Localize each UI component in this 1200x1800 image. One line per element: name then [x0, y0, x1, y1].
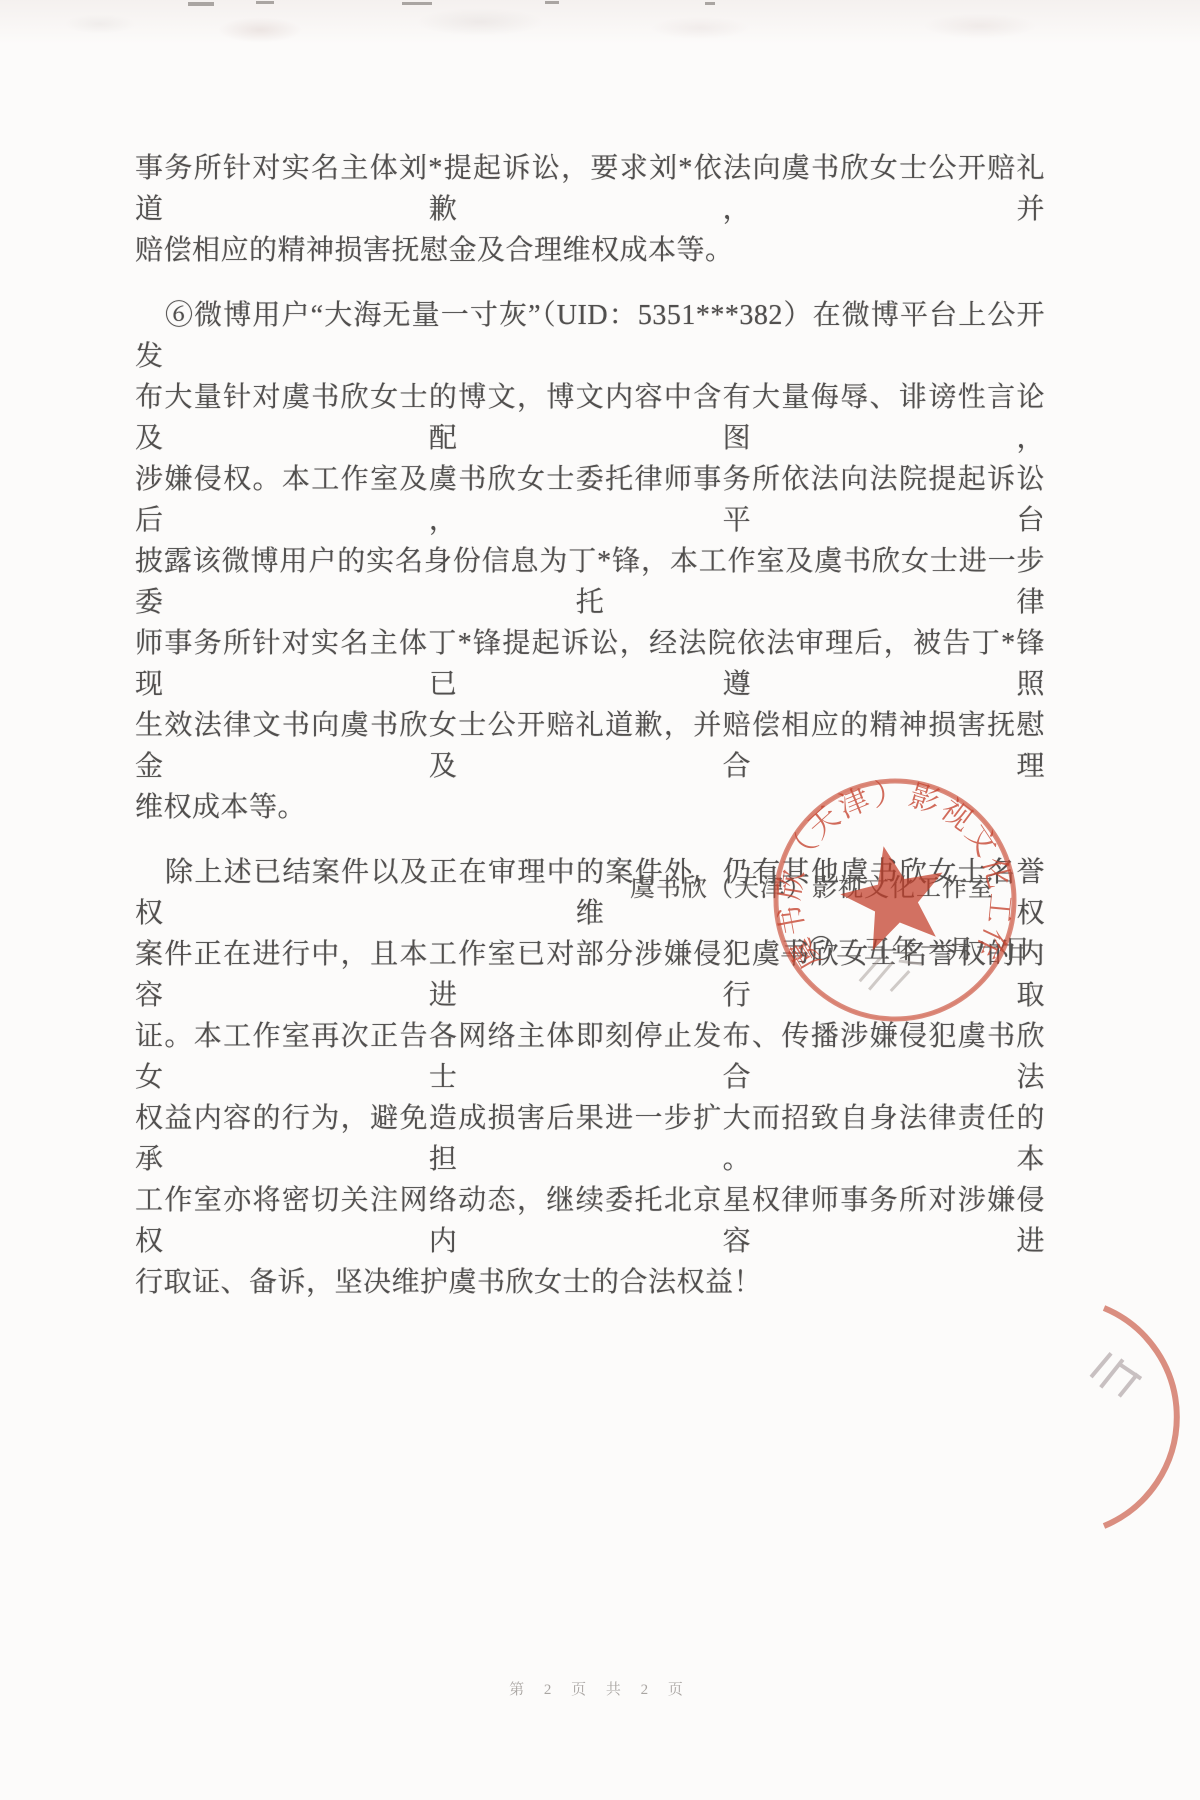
- scan-speck: [545, 1, 559, 4]
- scan-artifact-top-band: [0, 0, 1200, 52]
- illegible-marks: [855, 942, 926, 1002]
- doc-line: 师事务所针对实名主体丁*锋提起诉讼，经法院依法审理后，被告丁*锋现已遵照: [135, 623, 1045, 705]
- scan-speck: [705, 2, 715, 5]
- scan-speck: [256, 1, 274, 4]
- paragraph: ⑥微博用户“大海无量一寸灰”（UID：5351***382）在微博平台上公开发 …: [135, 295, 1045, 828]
- doc-line: 布大量针对虞书欣女士的博文，博文内容中含有大量侮辱、诽谤性言论及配图，: [135, 377, 1045, 459]
- paragraph: 事务所针对实名主体刘*提起诉讼，要求刘*依法向虞书欣女士公开赔礼道歉，并 赔偿相…: [135, 148, 1045, 271]
- doc-line: 披露该微博用户的实名身份信息为丁*锋，本工作室及虞书欣女士进一步委托律: [135, 541, 1045, 623]
- doc-line: 行取证、备诉，坚决维护虞书欣女士的合法权益！: [135, 1262, 1045, 1303]
- partial-stamp: [1040, 1295, 1190, 1540]
- doc-line: 赔偿相应的精神损害抚慰金及合理维权成本等。: [135, 230, 1045, 271]
- doc-line: 事务所针对实名主体刘*提起诉讼，要求刘*依法向虞书欣女士公开赔礼道歉，并: [135, 148, 1045, 230]
- partial-stamp-arc: [1104, 1308, 1177, 1526]
- illegible-marks: [1086, 1348, 1142, 1404]
- doc-line: ⑥微博用户“大海无量一寸灰”（UID：5351***382）在微博平台上公开发: [135, 295, 1045, 377]
- scanned-document-page: 事务所针对实名主体刘*提起诉讼，要求刘*依法向虞书欣女士公开赔礼道歉，并 赔偿相…: [0, 0, 1200, 1800]
- document-body: 事务所针对实名主体刘*提起诉讼，要求刘*依法向虞书欣女士公开赔礼道歉，并 赔偿相…: [135, 148, 1045, 1327]
- scan-speck: [402, 2, 432, 5]
- scan-speck: [188, 2, 214, 6]
- official-stamp: 虞书欣（天津）影视文化工作室: [765, 772, 1031, 1034]
- doc-line: 涉嫌侵权。本工作室及虞书欣女士委托律师事务所依法向法院提起诉讼后，平台: [135, 459, 1045, 541]
- page-footer: 第 2 页 共 2 页: [0, 1678, 1200, 1699]
- stamp-star-icon: [832, 835, 955, 954]
- doc-line: 工作室亦将密切关注网络动态，继续委托北京星权律师事务所对涉嫌侵权内容进: [135, 1180, 1045, 1262]
- doc-line: 权益内容的行为，避免造成损害后果进一步扩大而招致自身法律责任的承担。本: [135, 1098, 1045, 1180]
